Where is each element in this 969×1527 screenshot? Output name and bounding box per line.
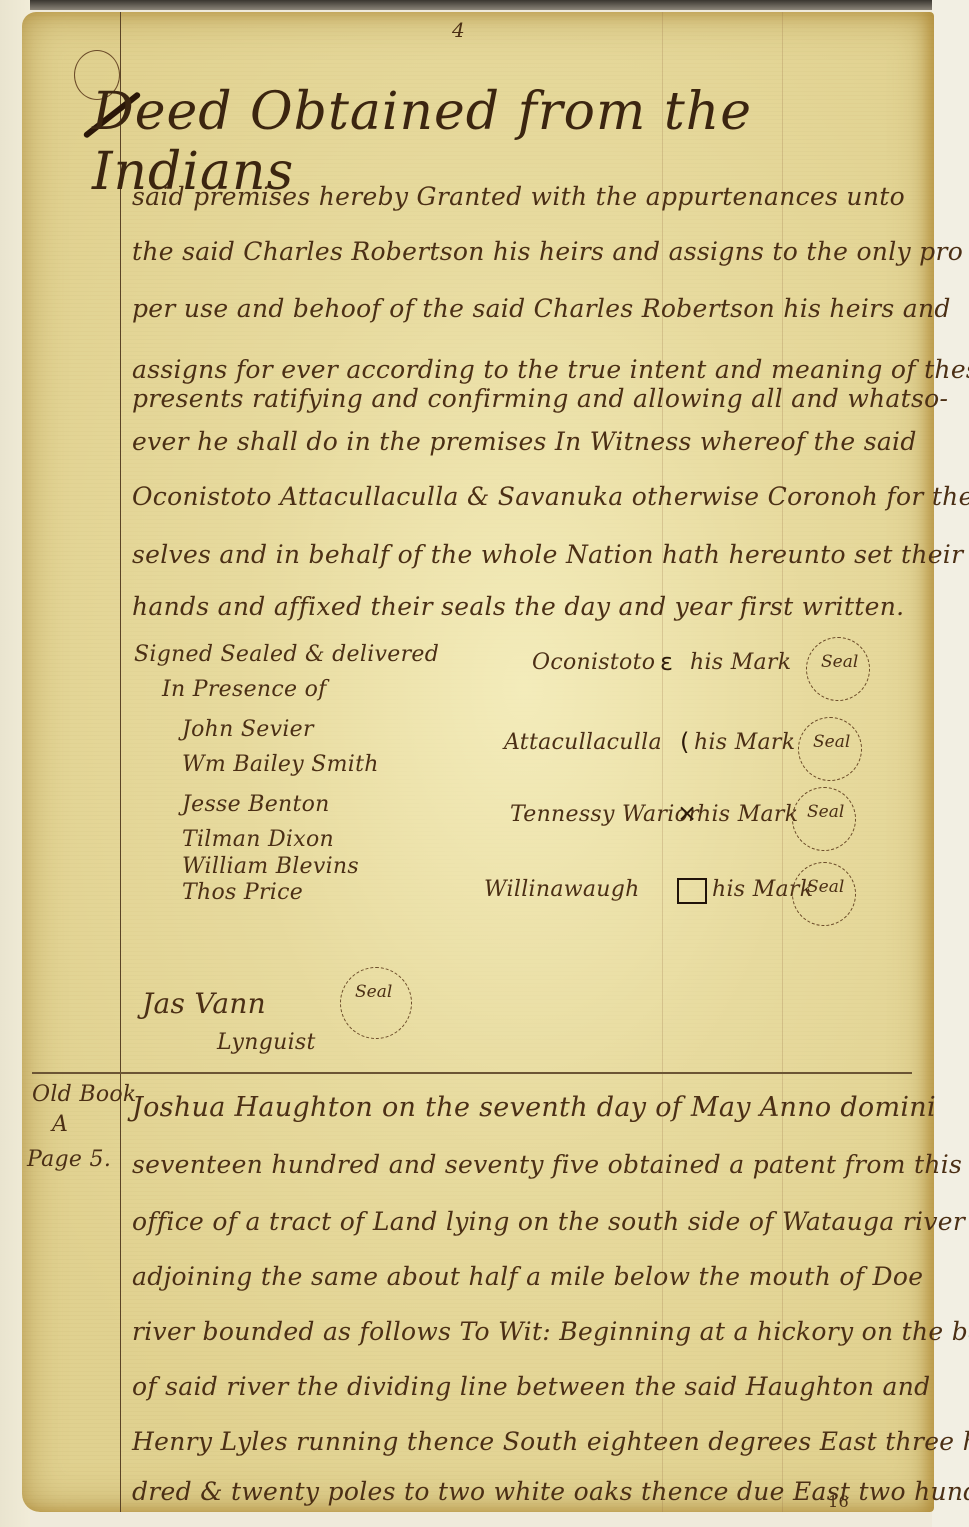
registrar-title: Lynguist	[217, 1030, 316, 1055]
margin-note-page: Page 5.	[27, 1147, 111, 1172]
mark-label: his Mark	[690, 650, 791, 675]
signer-mark-icon	[677, 878, 707, 904]
deed-line: hands and affixed their seals the day an…	[132, 592, 904, 621]
manuscript-page: 4 Deed Obtained from the Indians said pr…	[22, 12, 934, 1512]
patent-line: adjoining the same about half a mile bel…	[132, 1262, 923, 1291]
scan-right-edge	[932, 0, 969, 1527]
attestation-line: Signed Sealed & delivered	[134, 642, 439, 667]
seal-label: Seal	[813, 732, 850, 752]
patent-line: of said river the dividing line between …	[132, 1372, 930, 1401]
wax-seal-icon: Seal	[792, 787, 856, 851]
patent-line: office of a tract of Land lying on the s…	[132, 1207, 965, 1236]
margin-rule	[120, 12, 121, 1512]
page-number-bottom: 16	[828, 1492, 849, 1511]
deed-line: per use and behoof of the said Charles R…	[132, 294, 951, 323]
deed-line: selves and in behalf of the whole Nation…	[132, 540, 963, 569]
witness-name: William Blevins	[182, 854, 359, 879]
wax-seal-icon: Seal	[340, 967, 412, 1039]
seal-label: Seal	[355, 982, 392, 1002]
patent-line: Joshua Haughton on the seventh day of Ma…	[132, 1092, 936, 1123]
deed-line: ever he shall do in the premises In Witn…	[132, 427, 917, 456]
signer-mark-icon: ɛ	[660, 648, 673, 676]
witness-name: Thos Price	[182, 880, 303, 905]
section-divider	[32, 1072, 912, 1074]
attestation-line: In Presence of	[162, 677, 327, 702]
scan-top-edge	[0, 0, 969, 10]
signer-mark-icon: ×	[677, 799, 697, 827]
patent-line: river bounded as follows To Wit: Beginni…	[132, 1317, 969, 1346]
seal-label: Seal	[807, 802, 844, 822]
deed-line: presents ratifying and confirming and al…	[132, 384, 948, 413]
seal-label: Seal	[821, 652, 858, 672]
registrar-name: Jas Vann	[142, 987, 266, 1020]
deed-line: Oconistoto Attacullaculla & Savanuka oth…	[132, 482, 969, 511]
deed-line: the said Charles Robertson his heirs and…	[132, 237, 963, 266]
deed-line: said premises hereby Granted with the ap…	[132, 182, 905, 211]
wax-seal-icon: Seal	[806, 637, 870, 701]
witness-name: Wm Bailey Smith	[182, 752, 379, 777]
signer-name: Attacullaculla	[504, 730, 662, 755]
patent-line: Henry Lyles running thence South eightee…	[132, 1427, 969, 1456]
witness-name: John Sevier	[182, 717, 314, 742]
witness-name: Tilman Dixon	[182, 827, 334, 852]
witness-name: Jesse Benton	[182, 792, 330, 817]
seal-label: Seal	[807, 877, 844, 897]
wax-seal-icon: Seal	[792, 862, 856, 926]
page-number-top: 4	[452, 18, 465, 42]
deed-line: assigns for ever according to the true i…	[132, 355, 969, 384]
signer-mark-icon: (	[680, 728, 689, 756]
signer-name: Oconistoto	[532, 650, 655, 675]
mark-label: his Mark	[697, 802, 798, 827]
wax-seal-icon: Seal	[798, 717, 862, 781]
signer-name: Willinawaugh	[484, 877, 640, 902]
mark-label: his Mark	[694, 730, 795, 755]
signer-name: Tennessy Warior	[510, 802, 699, 827]
patent-line: seventeen hundred and seventy five obtai…	[132, 1150, 962, 1179]
margin-note-volume: A	[52, 1112, 68, 1137]
margin-note-book: Old Book	[32, 1082, 137, 1107]
